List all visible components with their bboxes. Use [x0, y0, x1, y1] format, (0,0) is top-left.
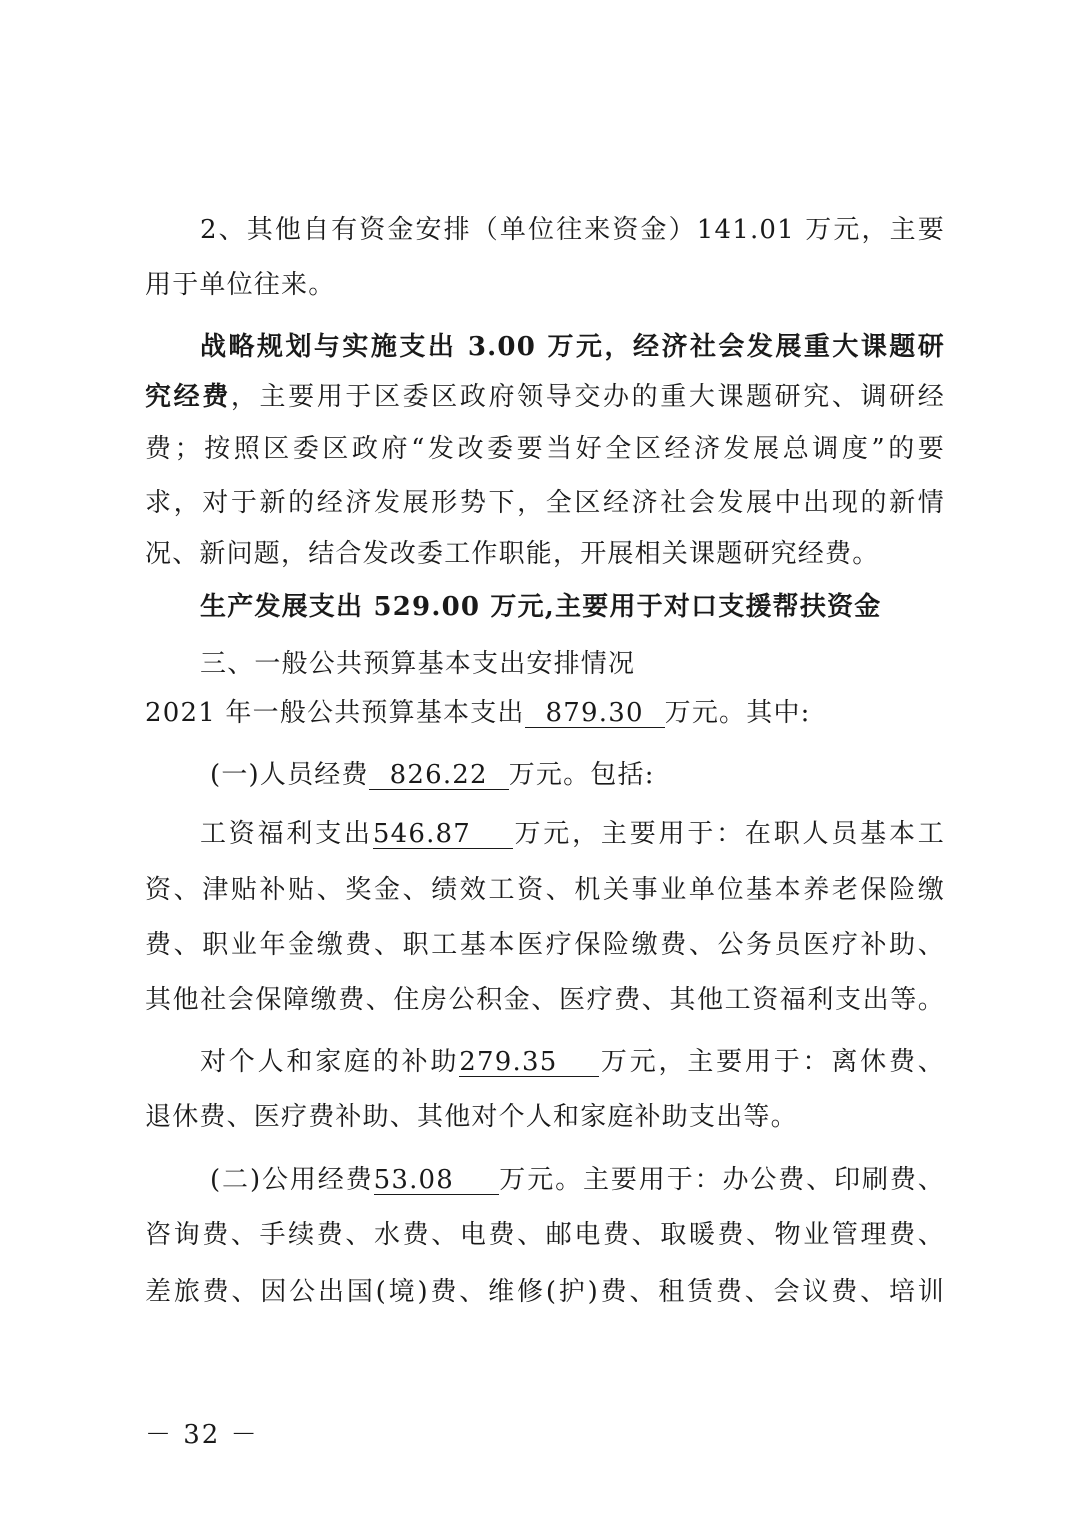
paragraph-other-funds-line1: 2、其他自有资金安排（单位往来资金）141.01 万元，主要: [200, 213, 945, 247]
salary-line1: 工资福利支出546.87万元，主要用于：在职人员基本工: [200, 817, 945, 851]
paragraph-other-funds-line2: 用于单位往来。: [145, 268, 945, 302]
strategy-heading: 战略规划与实施支出 3.00 万元，经济社会发展重大课题研: [200, 330, 945, 364]
personnel-value: 826.22: [369, 761, 509, 790]
production-heading: 生产发展支出 529.00 万元,主要用于对口支援帮扶资金: [200, 590, 1000, 624]
page-number: － 32 －: [145, 1414, 259, 1451]
strategy-line5: 况、新问题，结合发改委工作职能，开展相关课题研究经费。: [145, 537, 945, 571]
public-funds-line2: 咨询费、手续费、水费、电费、邮电费、取暖费、物业管理费、: [145, 1218, 945, 1252]
salary-label: 工资福利支出: [200, 819, 373, 849]
family-line2: 退休费、医疗费补助、其他对个人和家庭补助支出等。: [145, 1100, 945, 1134]
salary-line3: 费、职业年金缴费、职工基本医疗保险缴费、公务员医疗补助、: [145, 928, 945, 962]
document-page: 2、其他自有资金安排（单位往来资金）141.01 万元，主要 用于单位往来。 战…: [0, 0, 1074, 1520]
strategy-line2: 究经费，主要用于区委区政府领导交办的重大课题研究、调研经: [145, 380, 945, 414]
basic-total-label: 2021 年一般公共预算基本支出: [145, 698, 525, 728]
basic-total-value: 879.30: [525, 699, 665, 728]
basic-total-suffix: 万元。其中:: [665, 698, 811, 728]
public-funds-label: (二)公用经费: [210, 1165, 374, 1195]
public-funds-value: 53.08: [374, 1166, 499, 1195]
public-funds-suffix: 万元。主要用于：办公费、印刷费、: [499, 1165, 945, 1195]
public-funds-line3: 差旅费、因公出国(境)费、维修(护)费、租赁费、会议费、培训: [145, 1275, 945, 1309]
strategy-line2-text: ，主要用于区委区政府领导交办的重大课题研究、调研经: [231, 382, 945, 412]
salary-suffix: 万元，主要用于：在职人员基本工: [513, 819, 945, 849]
family-line1: 对个人和家庭的补助279.35万元，主要用于：离休费、: [200, 1045, 945, 1079]
salary-line4: 其他社会保障缴费、住房公积金、医疗费、其他工资福利支出等。: [145, 983, 945, 1017]
salary-value: 546.87: [373, 820, 513, 849]
family-label: 对个人和家庭的补助: [200, 1047, 459, 1077]
strategy-line3: 费；按照区委区政府“发改委要当好全区经济发展总调度”的要: [145, 432, 945, 466]
personnel-line: (一)人员经费826.22万元。包括:: [210, 758, 1010, 792]
personnel-label: (一)人员经费: [210, 760, 369, 790]
section3-heading: 三、一般公共预算基本支出安排情况: [200, 647, 1000, 681]
strategy-heading-cont: 究经费: [145, 382, 231, 412]
basic-total-line: 2021 年一般公共预算基本支出879.30万元。其中:: [145, 696, 945, 730]
personnel-suffix: 万元。包括:: [509, 760, 655, 790]
salary-line2: 资、津贴补贴、奖金、绩效工资、机关事业单位基本养老保险缴: [145, 873, 945, 907]
strategy-line4: 求，对于新的经济发展形势下，全区经济社会发展中出现的新情: [145, 486, 945, 520]
public-funds-line1: (二)公用经费53.08万元。主要用于：办公费、印刷费、: [210, 1163, 945, 1197]
family-value: 279.35: [459, 1048, 599, 1077]
family-suffix: 万元，主要用于：离休费、: [599, 1047, 945, 1077]
